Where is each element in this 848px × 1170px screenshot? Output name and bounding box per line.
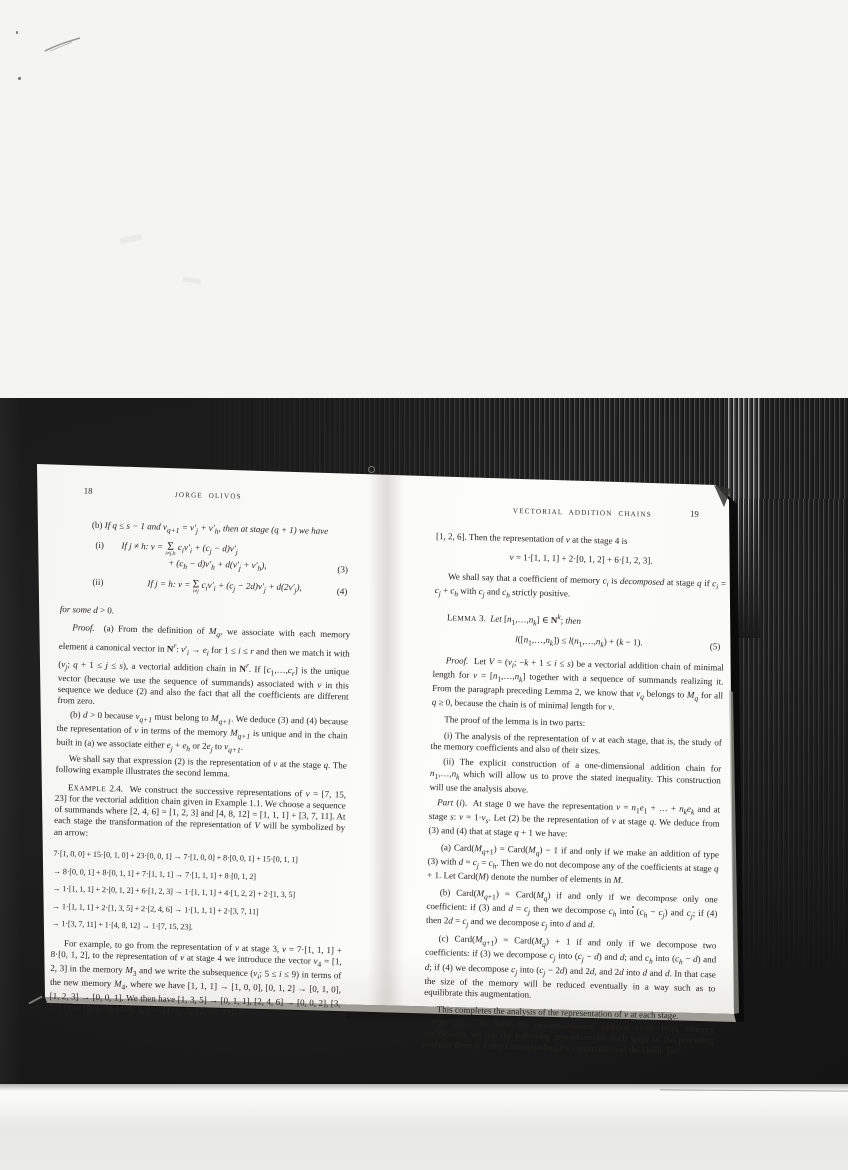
stage-4-equation: v = 1·[1, 1, 1] + 2·[0, 1, 2] + 6·[1, 2,… <box>435 550 726 569</box>
page-number: 18 <box>84 486 93 498</box>
equation-5-body: l([n1,…,nk]) ≤ l(n1,…,nk) + (k − 1). <box>515 634 643 647</box>
equation-4: (ii) If j = h: v = Σi≠j civ′i + (cj − 2d… <box>60 576 351 599</box>
bottom-edge-line <box>660 1089 848 1091</box>
running-head: JORGE OLIVOS <box>175 491 242 501</box>
decomposed-definition: We shall say that a coefficient of memor… <box>434 571 726 607</box>
book-photo-scene: 18 JORGE OLIVOS (b) If q ≤ s − 1 and vq+… <box>0 0 848 1170</box>
lemma-3-proof: Proof. Let V = (vi; −k + 1 ≤ i ≤ s) be a… <box>432 655 724 716</box>
pen-scratch-mark <box>42 34 86 56</box>
page-number: 19 <box>690 509 699 521</box>
equation-3-label: (i) <box>95 540 104 552</box>
part-ii-item: (ii) The explicit construction of a one-… <box>429 756 721 800</box>
ring-mark <box>368 466 375 473</box>
part-i-paragraph: Part (i). At stage 0 we have the represe… <box>428 797 720 844</box>
part-i-item: (i) The analysis of the representation o… <box>430 730 721 760</box>
surface-edge-highlight <box>0 398 22 1084</box>
case-c-paragraph: (c) Card(Mq+1) = Card(Mq) + 1 if and onl… <box>424 933 717 1005</box>
example-2-4-paragraph: EXAMPLE 2.4. We construct the successive… <box>54 781 346 845</box>
left-page-column: 18 JORGE OLIVOS (b) If q ≤ s − 1 and vq+… <box>49 486 354 1021</box>
lemma-3-statement: LEMMA 3. Let [n1,…,nk] ∈ Nk; then <box>434 608 725 634</box>
equation-3-number: (3) <box>337 564 348 576</box>
right-page-column: VECTORIAL ADDITION CHAINS 19 [1, 2, 6]. … <box>423 503 728 1058</box>
equation-4-number: (4) <box>337 586 348 598</box>
case-b-paragraph: (b) Card(Mq+1) = Card(Mq) if and only if… <box>426 887 718 937</box>
equation-5: l([n1,…,nk]) ≤ l(n1,…,nk) + (k − 1). (5) <box>433 632 724 654</box>
intro-continuation: [1, 2, 6]. Then the representation of v … <box>436 531 727 550</box>
equation-3: (i) If j ≠ h: v = Σi≠j,h civ′i + (cj − d… <box>61 539 353 577</box>
dust-speck <box>18 77 21 80</box>
for-some-line: for some d > 0. <box>60 604 351 623</box>
for-example-paragraph: For example, to go from the representati… <box>49 937 342 1021</box>
faint-smudge <box>183 277 202 284</box>
background-bottom <box>0 1084 848 1170</box>
chain-display: 7·[1, 0, 0] + 15·[0, 1, 0] + 23·[0, 0, 1… <box>51 845 344 940</box>
two-parts-line: The proof of the lemma is in two parts: <box>431 713 722 732</box>
equation-4-label: (ii) <box>92 577 103 589</box>
lemma-item-b: (b) If q ≤ s − 1 and vq+1 = v′j + v′h, t… <box>62 519 353 541</box>
case-a-paragraph: (a) Card(Mq+1) = Card(Mq) − 1 if and onl… <box>427 841 719 888</box>
equation-5-number: (5) <box>710 641 721 653</box>
representation-remark: We shall say that expression (2) is the … <box>55 753 346 783</box>
dust-speck <box>16 31 18 34</box>
faint-smudge <box>120 234 143 244</box>
equation-4-body: If j = h: v = Σi≠j civ′i + (cj − 2d)v′j … <box>147 578 351 598</box>
proof-paragraph-a: Proof. (a) From the definition of Mq, we… <box>57 622 350 714</box>
running-head: VECTORIAL ADDITION CHAINS <box>513 507 652 519</box>
proof-paragraph-b: (b) d > 0 because vq+1 must belong to Mq… <box>56 709 348 759</box>
page-gutter-shadow <box>368 460 404 1020</box>
